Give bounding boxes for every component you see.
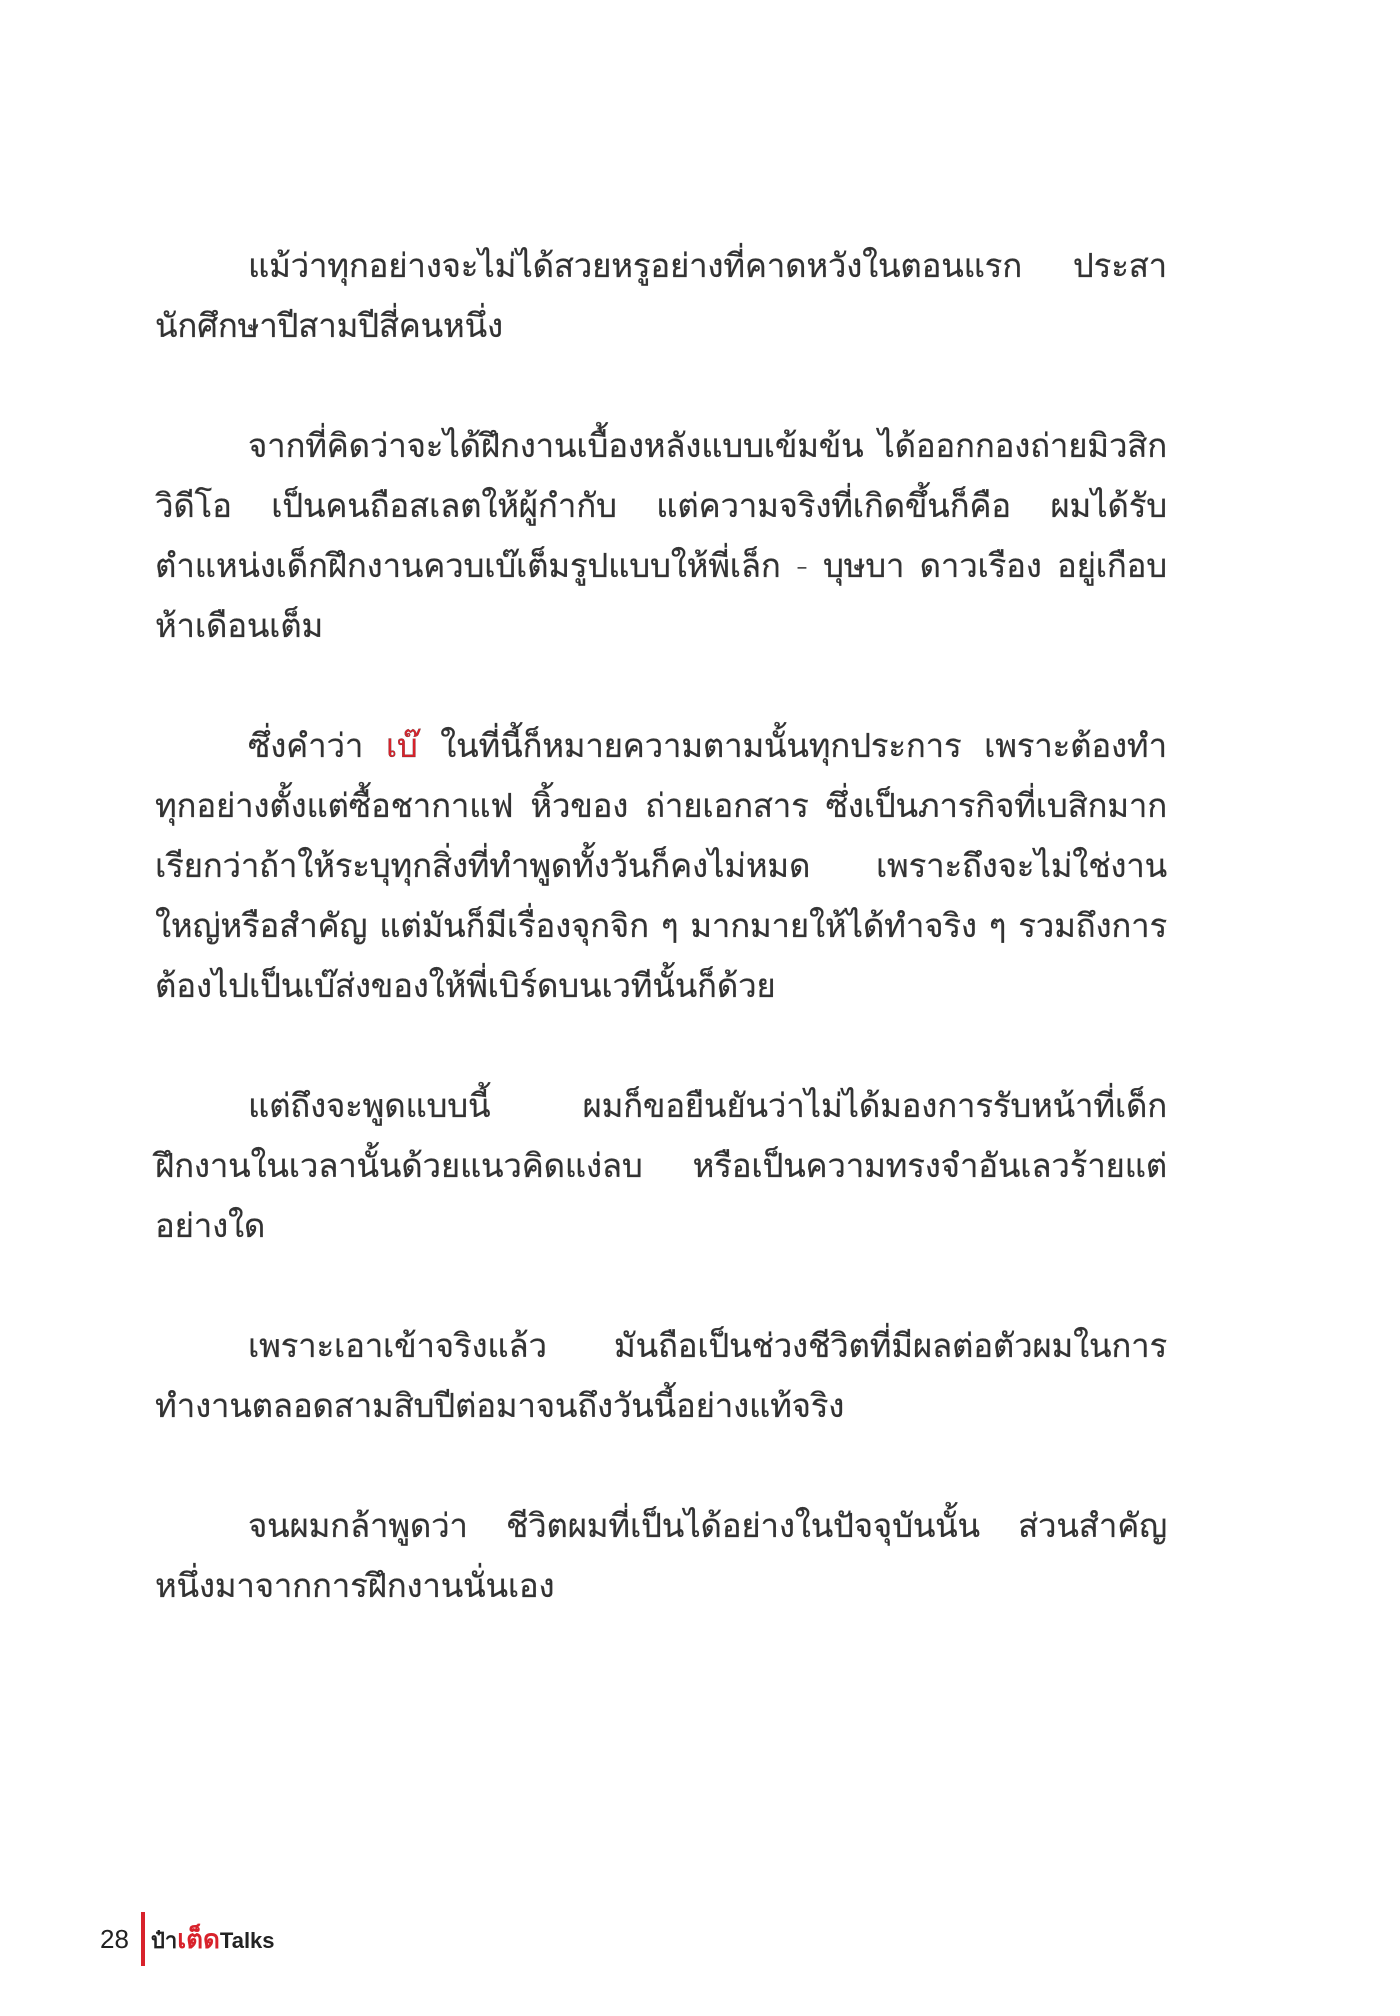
paragraph-2: จากที่คิดว่าจะได้ฝึกงานเบื้องหลังแบบเข้ม… (155, 416, 1167, 656)
paragraph-text: ในที่นี้ก็หมายความตามนั้นทุกประการ เพราะ… (155, 726, 1167, 1005)
paragraph-text: ซึ่งคำว่า (248, 726, 386, 765)
brand-logo: ป๋า เต็ด Talks (151, 1919, 275, 1960)
brand-part-3: Talks (220, 1928, 275, 1954)
page-footer: 28 ป๋า เต็ด Talks (100, 1912, 275, 1966)
paragraph-4: แต่ถึงจะพูดแบบนี้ ผมก็ขอยืนยันว่าไม่ได้ม… (155, 1076, 1167, 1256)
brand-part-2: เต็ด (177, 1919, 220, 1960)
brand-part-1: ป๋า (151, 1923, 177, 1958)
paragraph-text: แม้ว่าทุกอย่างจะไม่ได้สวยหรูอย่างที่คาดห… (155, 246, 1167, 345)
page-number: 28 (100, 1924, 129, 1955)
paragraph-6: จนผมกล้าพูดว่า ชีวิตผมที่เป็นได้อย่างในป… (155, 1496, 1167, 1616)
paragraph-text: เพราะเอาเข้าจริงแล้ว มันถือเป็นช่วงชีวิต… (155, 1326, 1167, 1425)
footer-divider-bar (141, 1912, 145, 1966)
paragraph-1: แม้ว่าทุกอย่างจะไม่ได้สวยหรูอย่างที่คาดห… (155, 236, 1167, 356)
paragraph-text: จากที่คิดว่าจะได้ฝึกงานเบื้องหลังแบบเข้ม… (155, 426, 1167, 645)
paragraph-3: ซึ่งคำว่า เบ๊ ในที่นี้ก็หมายความตามนั้นท… (155, 716, 1167, 1016)
highlighted-word: เบ๊ (386, 726, 418, 765)
page-body: แม้ว่าทุกอย่างจะไม่ได้สวยหรูอย่างที่คาดห… (155, 236, 1167, 1676)
paragraph-5: เพราะเอาเข้าจริงแล้ว มันถือเป็นช่วงชีวิต… (155, 1316, 1167, 1436)
paragraph-text: แต่ถึงจะพูดแบบนี้ ผมก็ขอยืนยันว่าไม่ได้ม… (155, 1086, 1167, 1245)
paragraph-text: จนผมกล้าพูดว่า ชีวิตผมที่เป็นได้อย่างในป… (155, 1506, 1167, 1605)
